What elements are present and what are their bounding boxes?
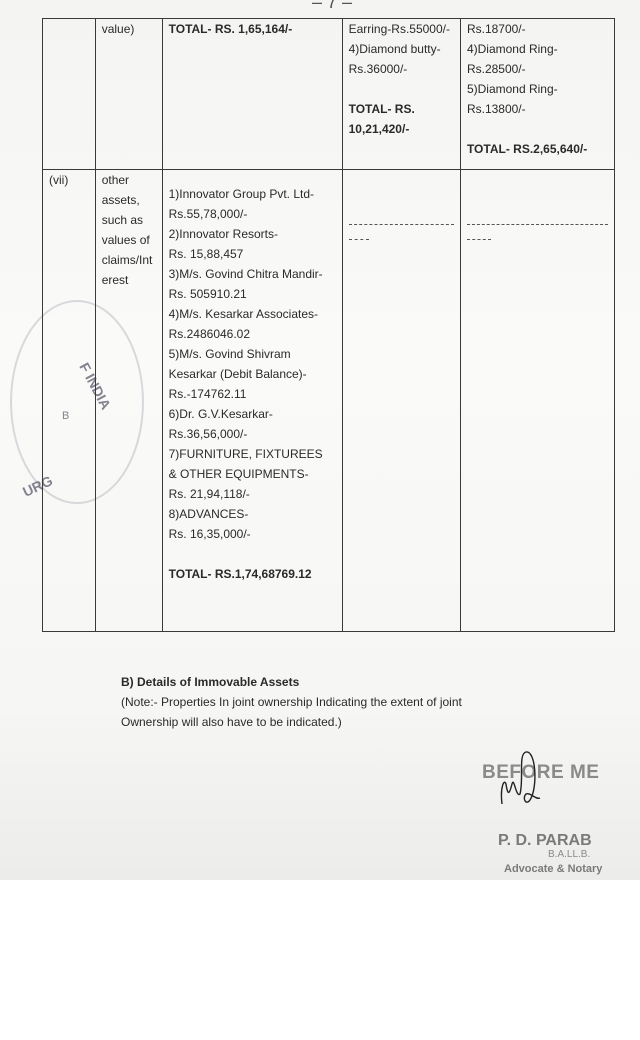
dependent-line: 5)Diamond Ring- [467,79,608,99]
self-cell: TOTAL- RS. 1,65,164/- [162,19,342,170]
description-line: assets, [102,190,156,210]
serial-cell [43,19,96,170]
asset-line: Kesarkar (Debit Balance)- [169,364,336,384]
section-note: Ownership will also have to be indicated… [121,712,462,732]
self-asset-list: 1)Innovator Group Pvt. Ltd-Rs.55,78,000/… [169,184,336,544]
serial-cell: (vii) [43,170,96,632]
spouse-line: Earring-Rs.55000/- [349,19,454,39]
description-line: values of [102,230,156,250]
asset-line: Rs. 505910.21 [169,284,336,304]
asset-line: Rs. 16,35,000/- [169,524,336,544]
dependent-cell [460,170,614,632]
section-heading: B) Details of Immovable Assets [121,672,462,692]
dependent-line: Rs.28500/- [467,59,608,79]
asset-line: Rs.2486046.02 [169,324,336,344]
asset-line: 8)ADVANCES- [169,504,336,524]
dependent-line: 4)Diamond Ring- [467,39,608,59]
asset-line: Rs. 15,88,457 [169,244,336,264]
nil-dash [467,239,491,240]
page-number: – 7 – [312,0,352,13]
description-line: claims/Int [102,250,156,270]
spouse-cell [342,170,460,632]
dependent-total: TOTAL- RS.2,65,640/- [467,139,608,159]
asset-line: 2)Innovator Resorts- [169,224,336,244]
asset-line: 1)Innovator Group Pvt. Ltd- [169,184,336,204]
description-line: such as [102,210,156,230]
dependent-line: Rs.13800/- [467,99,608,119]
asset-line: 5)M/s. Govind Shivram [169,344,336,364]
asset-line: 4)M/s. Kesarkar Associates- [169,304,336,324]
asset-line: 6)Dr. G.V.Kesarkar- [169,404,336,424]
table-row-continued: value) TOTAL- RS. 1,65,164/- Earring-Rs.… [43,19,615,170]
spouse-cell: Earring-Rs.55000/- 4)Diamond butty- Rs.3… [342,19,460,170]
table-row-other-assets: (vii) other assets, such as values of cl… [43,170,615,632]
spouse-total-value: 10,21,420/- [349,119,454,139]
spouse-total-label: TOTAL- RS. [349,99,454,119]
section-note: (Note:- Properties In joint ownership In… [121,692,462,712]
asset-line: Rs. 21,94,118/- [169,484,336,504]
description-cell: other assets, such as values of claims/I… [95,170,162,632]
self-total: TOTAL- RS. 1,65,164/- [169,19,336,39]
asset-line: Rs.-174762.11 [169,384,336,404]
notary-name: P. D. PARAB [498,832,592,850]
description-line: other [102,170,156,190]
description-cell: value) [95,19,162,170]
asset-line: Rs.55,78,000/- [169,204,336,224]
asset-line: 3)M/s. Govind Chitra Mandir- [169,264,336,284]
signature-icon [496,748,542,810]
dependent-line: Rs.18700/- [467,19,608,39]
nil-dash [349,239,369,240]
description-line: erest [102,270,156,290]
self-total: TOTAL- RS.1,74,68769.12 [169,564,336,584]
asset-line: Rs.36,56,000/- [169,424,336,444]
spouse-line: 4)Diamond butty- [349,39,454,59]
asset-line: & OTHER EQUIPMENTS- [169,464,336,484]
notary-degree: B.A.LL.B. [548,849,590,860]
notary-title: Advocate & Notary [504,863,602,875]
self-cell: 1)Innovator Group Pvt. Ltd-Rs.55,78,000/… [162,170,342,632]
nil-dash [467,224,608,225]
spouse-line: Rs.36000/- [349,59,454,79]
nil-dash [349,224,454,225]
dependent-cell: Rs.18700/- 4)Diamond Ring- Rs.28500/- 5)… [460,19,614,170]
asset-line: 7)FURNITURE, FIXTUREES [169,444,336,464]
movable-assets-table: value) TOTAL- RS. 1,65,164/- Earring-Rs.… [42,18,615,632]
immovable-assets-section: B) Details of Immovable Assets (Note:- P… [121,672,462,732]
